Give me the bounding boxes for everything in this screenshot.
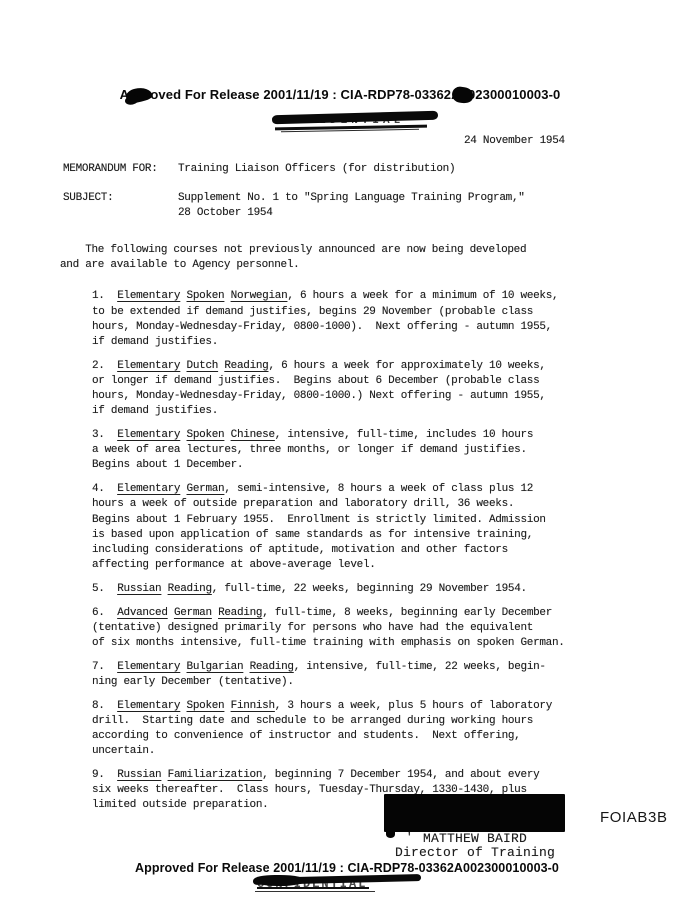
course-line: ning early December (tentative). <box>92 675 590 690</box>
course-title-word: Elementary <box>117 661 180 673</box>
memorandum-for-row: MEMORANDUM FOR: Training Liaison Officer… <box>63 162 603 177</box>
subject-line: Supplement No. 1 to "Spring Language Tra… <box>178 191 525 206</box>
subject-label: SUBJECT: <box>63 191 178 221</box>
course-title-word: German <box>187 483 225 495</box>
course-title-word: Familiarization <box>168 769 263 781</box>
course-line: to be extended if demand justifies, begi… <box>92 305 590 320</box>
document-body: The following courses not previously ann… <box>60 243 590 822</box>
course-line: hours a week of outside preparation and … <box>92 497 590 512</box>
intro-line: The following courses not previously ann… <box>60 243 590 258</box>
course-title-word: Spoken <box>187 429 225 441</box>
classification-stamp-top: CONFIDENTIAL <box>277 110 437 134</box>
course-title-word: Reading <box>218 607 262 619</box>
course-title-word: Elementary <box>117 483 180 495</box>
course-line: 1. Elementary Spoken Norwegian, 6 hours … <box>92 289 590 304</box>
subject-line: 28 October 1954 <box>178 206 525 221</box>
course-line: if demand justifies. <box>92 335 590 350</box>
course-line: 7. Elementary Bulgarian Reading, intensi… <box>92 660 590 675</box>
document-page: Approved For Release 2001/11/19 : CIA-RD… <box>0 0 700 906</box>
course-title-word: Elementary <box>117 290 180 302</box>
course-title-word: Norwegian <box>231 290 288 302</box>
course-title-word: Reading <box>250 661 294 673</box>
course-line: 5. Russian Reading, full-time, 22 weeks,… <box>92 582 590 597</box>
course-title-word: Reading <box>224 360 268 372</box>
document-date: 24 November 1954 <box>464 134 565 149</box>
classification-stamp-bottom: CONFIDENTIAL <box>257 874 377 898</box>
redaction-box <box>384 794 565 832</box>
course-line: is based upon application of same standa… <box>92 528 590 543</box>
course-item-3: 3. Elementary Spoken Chinese, intensive,… <box>92 428 590 474</box>
course-list: 1. Elementary Spoken Norwegian, 6 hours … <box>60 289 590 813</box>
intro-paragraph: The following courses not previously ann… <box>60 243 590 273</box>
course-title-word: Finnish <box>231 700 275 712</box>
course-line: uncertain. <box>92 744 590 759</box>
intro-line: and are available to Agency personnel. <box>60 258 590 273</box>
course-title-word: Advanced <box>117 607 167 619</box>
foia-exemption-code: FOIAB3B <box>600 809 668 826</box>
course-item-7: 7. Elementary Bulgarian Reading, intensi… <box>92 660 590 690</box>
course-item-8: 8. Elementary Spoken Finnish, 3 hours a … <box>92 699 590 760</box>
course-line: 4. Elementary German, semi-intensive, 8 … <box>92 482 590 497</box>
course-title-word: Elementary <box>117 429 180 441</box>
course-item-2: 2. Elementary Dutch Reading, 6 hours a w… <box>92 359 590 420</box>
course-line: or longer if demand justifies. Begins ab… <box>92 374 590 389</box>
course-item-1: 1. Elementary Spoken Norwegian, 6 hours … <box>92 289 590 350</box>
course-line: according to convenience of instructor a… <box>92 729 590 744</box>
course-line: 9. Russian Familiarization, beginning 7 … <box>92 768 590 783</box>
course-title-word: Dutch <box>187 360 219 372</box>
course-line: of six months intensive, full-time train… <box>92 636 590 651</box>
course-line: Begins about 1 December. <box>92 458 590 473</box>
course-title-word: Bulgarian <box>187 661 244 673</box>
memorandum-for-value: Training Liaison Officers (for distribut… <box>178 162 455 177</box>
course-title-word: Spoken <box>187 700 225 712</box>
course-line: 3. Elementary Spoken Chinese, intensive,… <box>92 428 590 443</box>
course-line: affecting performance at above-average l… <box>92 558 590 573</box>
course-title-word: German <box>174 607 212 619</box>
course-title-word: Russian <box>117 769 161 781</box>
course-line: 6. Advanced German Reading, full-time, 8… <box>92 606 590 621</box>
course-item-6: 6. Advanced German Reading, full-time, 8… <box>92 606 590 652</box>
course-title-word: Elementary <box>117 360 180 372</box>
course-title-word: Chinese <box>231 429 275 441</box>
course-line: hours, Monday-Wednesday-Friday, 0800-100… <box>92 320 590 335</box>
course-item-4: 4. Elementary German, semi-intensive, 8 … <box>92 482 590 573</box>
signature-name: MATTHEW BAIRD <box>375 832 575 846</box>
memorandum-for-label: MEMORANDUM FOR: <box>63 162 178 177</box>
course-line: if demand justifies. <box>92 404 590 419</box>
course-line: (tentative) designed primarily for perso… <box>92 621 590 636</box>
subject-row: SUBJECT: Supplement No. 1 to "Spring Lan… <box>63 191 603 221</box>
underline-mark <box>255 891 375 892</box>
course-title-word: Elementary <box>117 700 180 712</box>
underline-mark <box>257 887 369 889</box>
memo-header: MEMORANDUM FOR: Training Liaison Officer… <box>63 162 603 222</box>
course-title-word: Reading <box>168 583 212 595</box>
course-line: Begins about 1 February 1955. Enrollment… <box>92 513 590 528</box>
course-line: including considerations of aptitude, mo… <box>92 543 590 558</box>
subject-value: Supplement No. 1 to "Spring Language Tra… <box>178 191 525 221</box>
course-line: hours, Monday-Wednesday-Friday, 0800-100… <box>92 389 590 404</box>
release-stamp-top: Approved For Release 2001/11/19 : CIA-RD… <box>0 87 690 102</box>
course-line: a week of area lectures, three months, o… <box>92 443 590 458</box>
signature-title: Director of Training <box>375 846 575 860</box>
signature-block: MATTHEW BAIRD Director of Training <box>375 832 575 860</box>
course-line: 8. Elementary Spoken Finnish, 3 hours a … <box>92 699 590 714</box>
course-line: 2. Elementary Dutch Reading, 6 hours a w… <box>92 359 590 374</box>
course-title-word: Spoken <box>187 290 225 302</box>
course-item-5: 5. Russian Reading, full-time, 22 weeks,… <box>92 582 590 597</box>
course-title-word: Russian <box>117 583 161 595</box>
course-line: drill. Starting date and schedule to be … <box>92 714 590 729</box>
release-stamp-bottom: Approved For Release 2001/11/19 : CIA-RD… <box>0 861 697 875</box>
